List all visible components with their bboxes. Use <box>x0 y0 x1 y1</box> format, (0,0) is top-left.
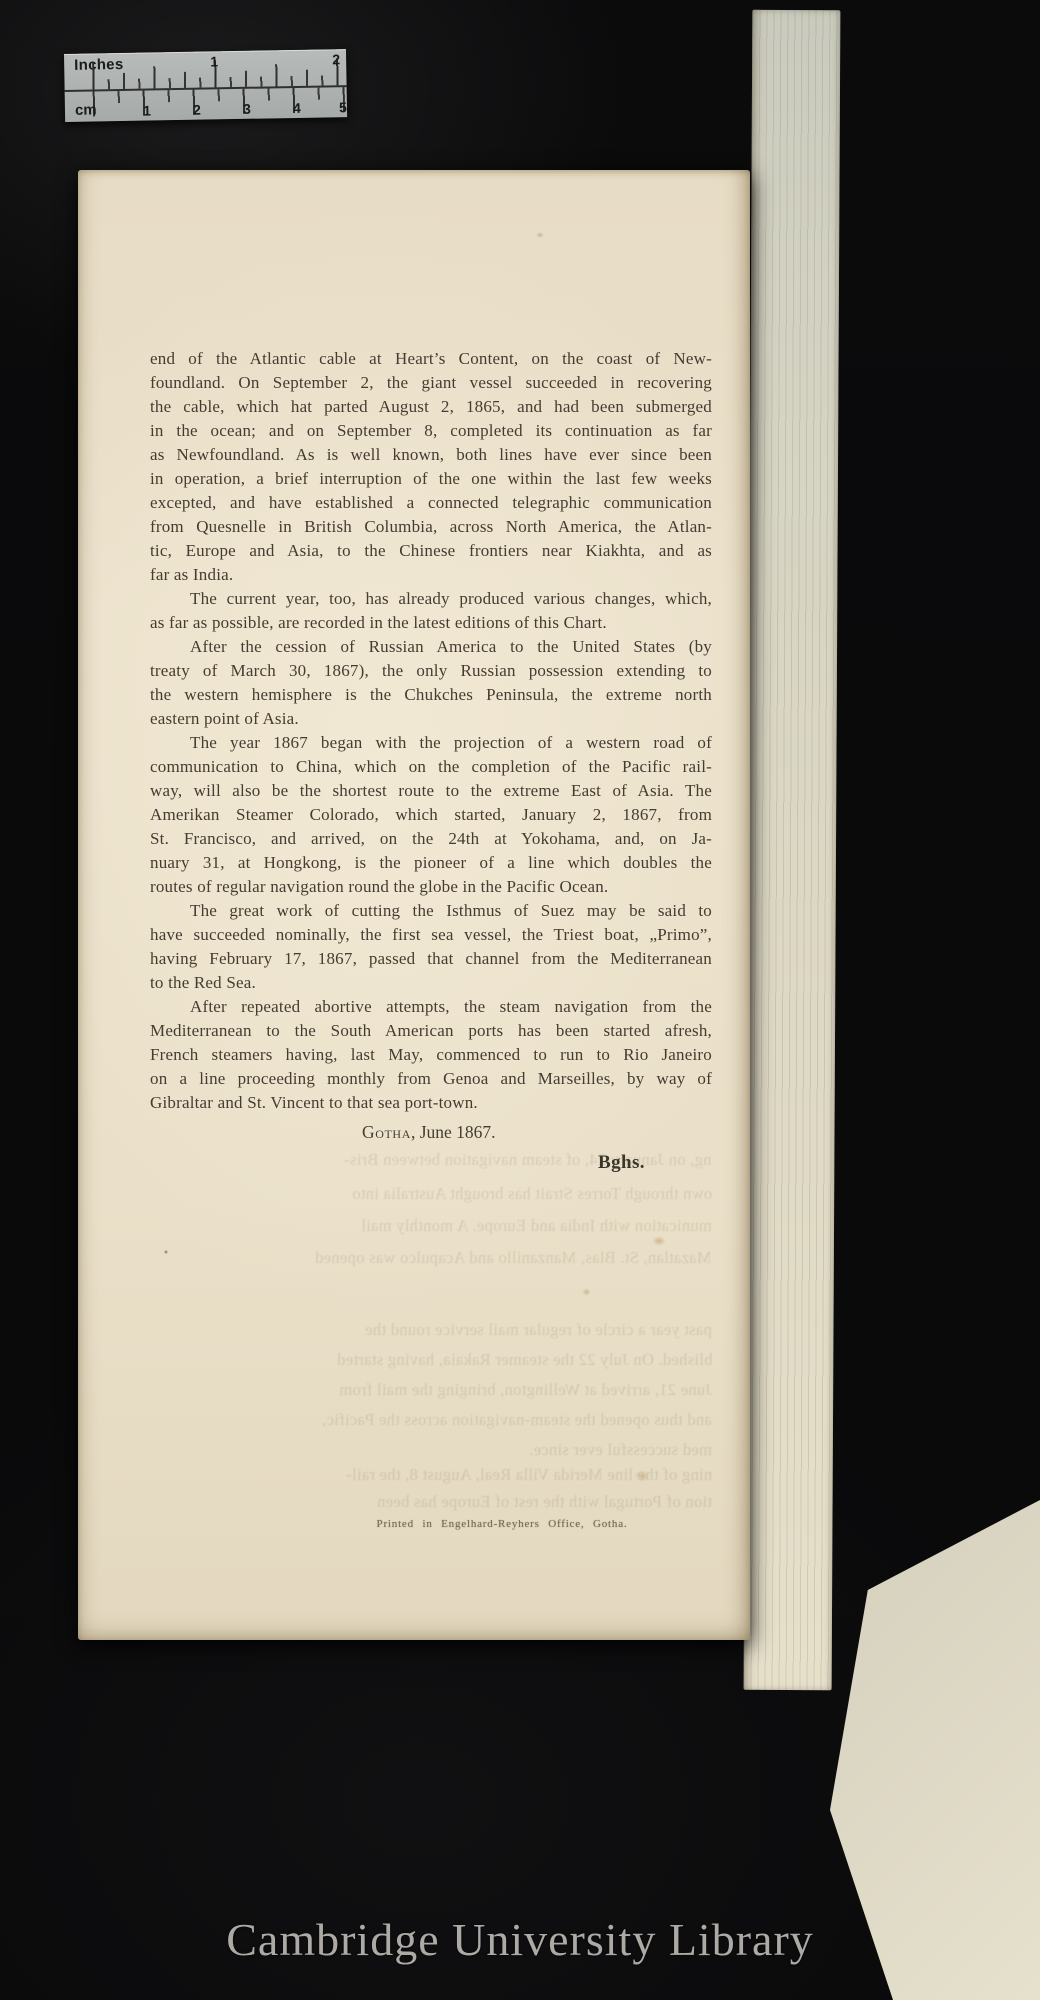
ruler-inch-number: 1 <box>210 53 218 69</box>
text-line: as far as possible, are recorded in the … <box>150 611 712 635</box>
text-line: St. Francisco, and arrived, on the 24th … <box>150 827 712 851</box>
foxing-spot <box>634 1470 650 1482</box>
text-line: way, will also be the shortest route to … <box>150 779 712 803</box>
bleedthrough-line: Mazatlan, St. Blas, Manzanillo and Acapu… <box>315 1248 712 1268</box>
text-line: to the Red Sea. <box>150 971 712 995</box>
printer-imprint: Printed in Engelhard-Reyhers Office, Got… <box>332 1518 672 1530</box>
text-line: as Newfoundland. As is well known, both … <box>150 443 712 467</box>
bleedthrough-line: and thus opened the steam-navigation acr… <box>322 1410 712 1430</box>
ruler-cm-label: cm <box>75 101 97 118</box>
dateline-date: , June 1867. <box>411 1122 496 1142</box>
ruler-cm-number: 4 <box>293 100 301 116</box>
text-line: on a line proceeding monthly from Genoa … <box>150 1067 712 1091</box>
text-line: Gibraltar and St. Vincent to that sea po… <box>150 1091 712 1115</box>
text-line: foundland. On September 2, the giant ves… <box>150 371 712 395</box>
text-line: The current year, too, has already produ… <box>150 587 712 611</box>
bleedthrough-line: blished. On July 22 the steamer Rakaia, … <box>337 1350 712 1370</box>
text-line: tic, Europe and Asia, to the Chinese fro… <box>150 539 712 563</box>
text-line: in operation, a brief interruption of th… <box>150 467 712 491</box>
ruler-cm-number: 2 <box>193 102 201 118</box>
document-page: ng, on January 24, of steam navigation b… <box>78 170 750 1640</box>
book-fore-edge <box>744 10 841 1690</box>
foxing-spot <box>652 1236 666 1246</box>
text-line: Mediterranean to the South American port… <box>150 1019 712 1043</box>
text-line: After the cession of Russian America to … <box>150 635 712 659</box>
text-line: the cable, which hat parted August 2, 18… <box>150 395 712 419</box>
measurement-ruler: Inches cm 1212345 <box>64 49 347 122</box>
bleedthrough-line: munication with India and Europe. A mont… <box>361 1216 712 1236</box>
text-line: communication to China, which on the com… <box>150 755 712 779</box>
text-line: having February 17, 1867, passed that ch… <box>150 947 712 971</box>
ruler-cm-ticks <box>93 87 345 116</box>
page-text-block: end of the Atlantic cable at Heart’s Con… <box>150 347 712 1115</box>
bleedthrough-line: ng, on January 24, of steam navigation b… <box>344 1150 712 1170</box>
text-line: nuary 31, at Hongkong, is the pioneer of… <box>150 851 712 875</box>
text-line: from Quesnelle in British Columbia, acro… <box>150 515 712 539</box>
bleedthrough-line: past year a circle of regular mail servi… <box>365 1320 712 1340</box>
text-line: treaty of March 30, 1867), the only Russ… <box>150 659 712 683</box>
photo-stage: Inches cm 1212345 ng, on January 24, of … <box>0 0 1040 2000</box>
bleedthrough-line: tion of Portugal with the rest of Europe… <box>377 1492 712 1512</box>
foxing-spot <box>536 232 544 238</box>
bleedthrough-line: ning of the line Merida Villa Real, Augu… <box>346 1465 712 1485</box>
text-line: the western hemisphere is the Chukches P… <box>150 683 712 707</box>
foxing-spot <box>582 1288 591 1296</box>
text-line: in the ocean; and on September 8, comple… <box>150 419 712 443</box>
text-line: far as India. <box>150 563 712 587</box>
text-line: have succeeded nominally, the first sea … <box>150 923 712 947</box>
dateline-place: Gotha <box>362 1122 411 1142</box>
text-line: The great work of cutting the Isthmus of… <box>150 899 712 923</box>
bleedthrough-line: med successful ever since. <box>529 1440 712 1460</box>
author-signature: Bghs. <box>598 1152 645 1174</box>
ruler-cm-number: 1 <box>143 102 151 118</box>
text-line: end of the Atlantic cable at Heart’s Con… <box>150 347 712 371</box>
text-line: Amerikan Steamer Colorado, which started… <box>150 803 712 827</box>
text-line: The year 1867 began with the projection … <box>150 731 712 755</box>
text-line: eastern point of Asia. <box>150 707 712 731</box>
dateline: Gotha, June 1867. <box>362 1122 496 1143</box>
foxing-spot <box>164 1250 168 1254</box>
text-line: excepted, and have established a connect… <box>150 491 712 515</box>
ruler-cm-number: 3 <box>243 101 251 117</box>
ruler-inch-number: 2 <box>332 51 340 67</box>
text-line: French steamers having, last May, commen… <box>150 1043 712 1067</box>
bleedthrough-line: own through Torres Strait has brought Au… <box>352 1184 712 1204</box>
fore-edge-page-lines <box>744 10 841 1690</box>
library-watermark: Cambridge University Library <box>0 1913 1040 1966</box>
text-line: routes of regular navigation round the g… <box>150 875 712 899</box>
ruler-cm-number: 5 <box>339 99 347 115</box>
text-line: After repeated abortive attempts, the st… <box>150 995 712 1019</box>
bleedthrough-line: June 21, arrived at Wellington, bringing… <box>339 1380 712 1400</box>
